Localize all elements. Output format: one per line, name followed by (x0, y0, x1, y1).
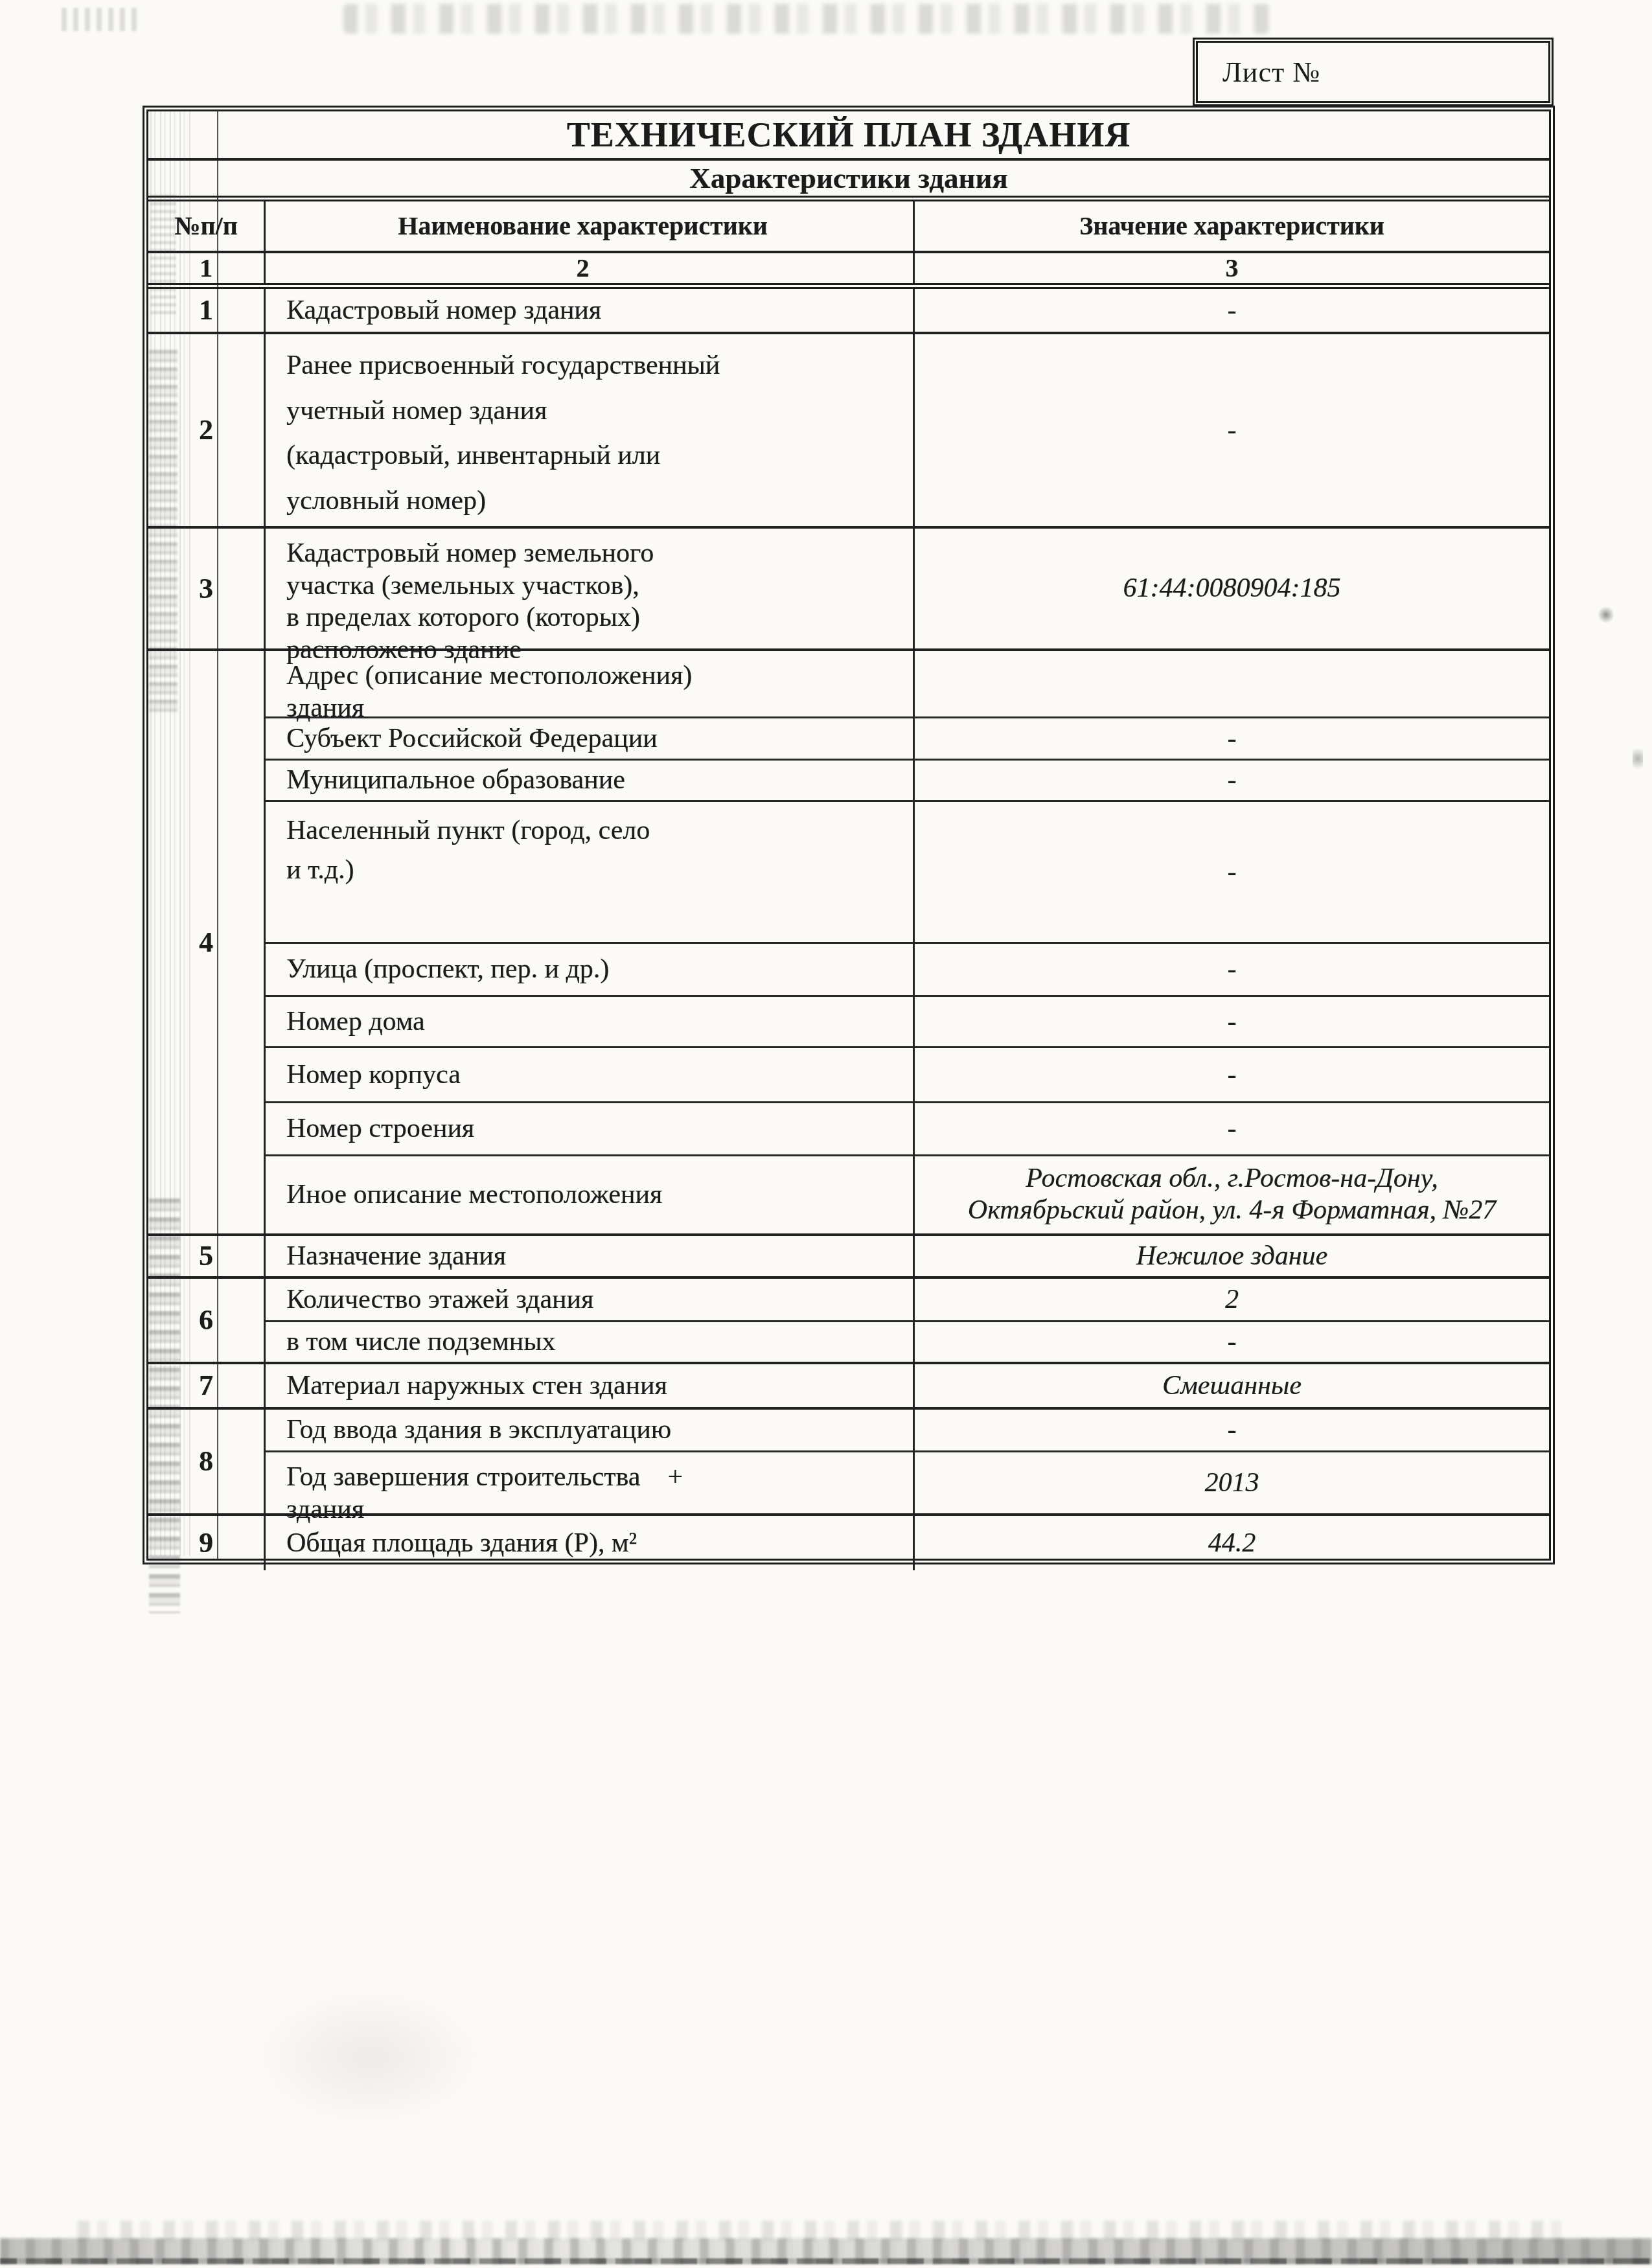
sheet-number-box: Лист № (1193, 38, 1554, 106)
row-value: - (915, 1322, 1549, 1362)
row-label: Номер корпуса (266, 1048, 915, 1101)
column-number-1: 1 (148, 253, 266, 283)
row-value: - (915, 1103, 1549, 1154)
row-label: Номер дома (266, 997, 915, 1047)
sheet-number-label: Лист № (1198, 56, 1320, 89)
row-number: 1 (148, 289, 266, 332)
column-number-2: 2 (266, 253, 915, 283)
table-subrow: Год ввода здания в эксплуатацию - (266, 1410, 1549, 1450)
table-subrow: Субъект Российской Федерации - (266, 716, 1549, 759)
row-value: 2013 (915, 1452, 1549, 1513)
document-title: ТЕХНИЧЕСКИЙ ПЛАН ЗДАНИЯ (148, 111, 1549, 158)
table-subrow: Номер корпуса - (266, 1046, 1549, 1101)
row-value: - (915, 718, 1549, 759)
row-label: Адрес (описание местоположения) здания (266, 651, 915, 716)
table-row-group-floors: 6 Количество этажей здания 2 в том числе… (148, 1276, 1549, 1362)
row-number: 3 (148, 529, 266, 648)
row-value: 44.2 (915, 1516, 1549, 1570)
column-number-3: 3 (915, 253, 1549, 283)
table-subrow: Номер строения - (266, 1101, 1549, 1154)
header-value: Значение характеристики (915, 201, 1549, 251)
row-number: 7 (148, 1364, 266, 1407)
document-subtitle: Характеристики здания (148, 161, 1549, 196)
row-value (915, 651, 1549, 716)
row-label: Кадастровый номер земельного участка (зе… (266, 529, 915, 648)
scan-artifact-speck (1633, 745, 1643, 772)
row-label: Населенный пункт (город, село и т.д.) (266, 802, 915, 942)
column-number-row: 1 2 3 (148, 251, 1549, 289)
header-name: Наименование характеристики (266, 201, 915, 251)
row-value: - (915, 802, 1549, 942)
scan-artifact-top-ghost-text (343, 4, 1270, 34)
table-subrow: Номер дома - (266, 995, 1549, 1047)
row-number: 6 (148, 1279, 266, 1362)
row-value: - (915, 1048, 1549, 1101)
row-value: - (915, 1410, 1549, 1450)
header-num: №п/п (148, 201, 266, 251)
scanned-document-page: Лист № ТЕХНИЧЕСКИЙ ПЛАН ЗДАНИЯ Характери… (0, 0, 1652, 2268)
scan-artifact-bottom-band (0, 2238, 1652, 2264)
row-number: 8 (148, 1410, 266, 1513)
row-label: Субъект Российской Федерации (266, 718, 915, 759)
table-subrow: Количество этажей здания 2 (266, 1279, 1549, 1320)
address-subrows: Адрес (описание местоположения) здания С… (266, 651, 1549, 1233)
row-label: Иное описание местоположения (266, 1156, 915, 1233)
row-number: 5 (148, 1236, 266, 1276)
table-header-row: №п/п Наименование характеристики Значени… (148, 201, 1549, 251)
row-label: Муниципальное образование (266, 761, 915, 801)
row-label: Улица (проспект, пер. и др.) (266, 944, 915, 995)
row-value: - (915, 997, 1549, 1047)
row-value: Нежилое здание (915, 1236, 1549, 1276)
table-subrow: Адрес (описание местоположения) здания (266, 651, 1549, 716)
row-value: 61:44:0080904:185 (915, 529, 1549, 648)
row-value: - (915, 289, 1549, 332)
table-row: 3 Кадастровый номер земельного участка (… (148, 526, 1549, 648)
scan-artifact-speck (1598, 606, 1614, 623)
row-label: в том числе подземных (266, 1322, 915, 1362)
table-row: 1 Кадастровый номер здания - (148, 289, 1549, 332)
scan-artifact-corner-marks (62, 8, 139, 31)
table-subrow: Улица (проспект, пер. и др.) - (266, 942, 1549, 995)
table-subrow: в том числе подземных - (266, 1320, 1549, 1362)
table-subtitle-row: Характеристики здания (148, 158, 1549, 201)
row-number: 2 (148, 334, 266, 526)
row-label: Год завершения строительства + здания (266, 1452, 915, 1513)
row-label: Ранее присвоенный государственный учетны… (266, 334, 915, 526)
table-title-row: ТЕХНИЧЕСКИЙ ПЛАН ЗДАНИЯ (148, 111, 1549, 158)
table-row: 2 Ранее присвоенный государственный учет… (148, 332, 1549, 526)
table-row: 7 Материал наружных стен здания Смешанны… (148, 1362, 1549, 1407)
row-label: Материал наружных стен здания (266, 1364, 915, 1407)
table-row-group-address: 4 Адрес (описание местоположения) здания… (148, 648, 1549, 1233)
scan-artifact-bottom-ghost (78, 2221, 1568, 2240)
row-value: - (915, 944, 1549, 995)
scan-artifact-bottom-line (0, 2258, 1652, 2264)
row-label: Общая площадь здания (Р), м² (266, 1516, 915, 1570)
years-subrows: Год ввода здания в эксплуатацию - Год за… (266, 1410, 1549, 1513)
row-label: Номер строения (266, 1103, 915, 1154)
row-label: Назначение здания (266, 1236, 915, 1276)
table-subrow: Муниципальное образование - (266, 759, 1549, 801)
row-value: 2 (915, 1279, 1549, 1320)
floors-subrows: Количество этажей здания 2 в том числе п… (266, 1279, 1549, 1362)
row-value: Смешанные (915, 1364, 1549, 1407)
row-label: Год ввода здания в эксплуатацию (266, 1410, 915, 1450)
table-subrow: Иное описание местоположения Ростовская … (266, 1154, 1549, 1233)
building-characteristics-table: ТЕХНИЧЕСКИЙ ПЛАН ЗДАНИЯ Характеристики з… (143, 106, 1555, 1564)
row-value: - (915, 334, 1549, 526)
row-number: 9 (148, 1516, 266, 1570)
table-row-group-years: 8 Год ввода здания в эксплуатацию - Год … (148, 1407, 1549, 1513)
row-number: 4 (148, 651, 266, 1233)
row-value: Ростовская обл., г.Ростов-на-Дону, Октяб… (915, 1156, 1549, 1233)
row-label: Кадастровый номер здания (266, 289, 915, 332)
table-subrow: Населенный пункт (город, село и т.д.) - (266, 800, 1549, 942)
table-row: 5 Назначение здания Нежилое здание (148, 1233, 1549, 1276)
table-subrow: Год завершения строительства + здания 20… (266, 1450, 1549, 1513)
row-value: - (915, 761, 1549, 801)
row-label: Количество этажей здания (266, 1279, 915, 1320)
scan-artifact-blotch (214, 1963, 525, 2151)
table-row: 9 Общая площадь здания (Р), м² 44.2 (148, 1513, 1549, 1570)
